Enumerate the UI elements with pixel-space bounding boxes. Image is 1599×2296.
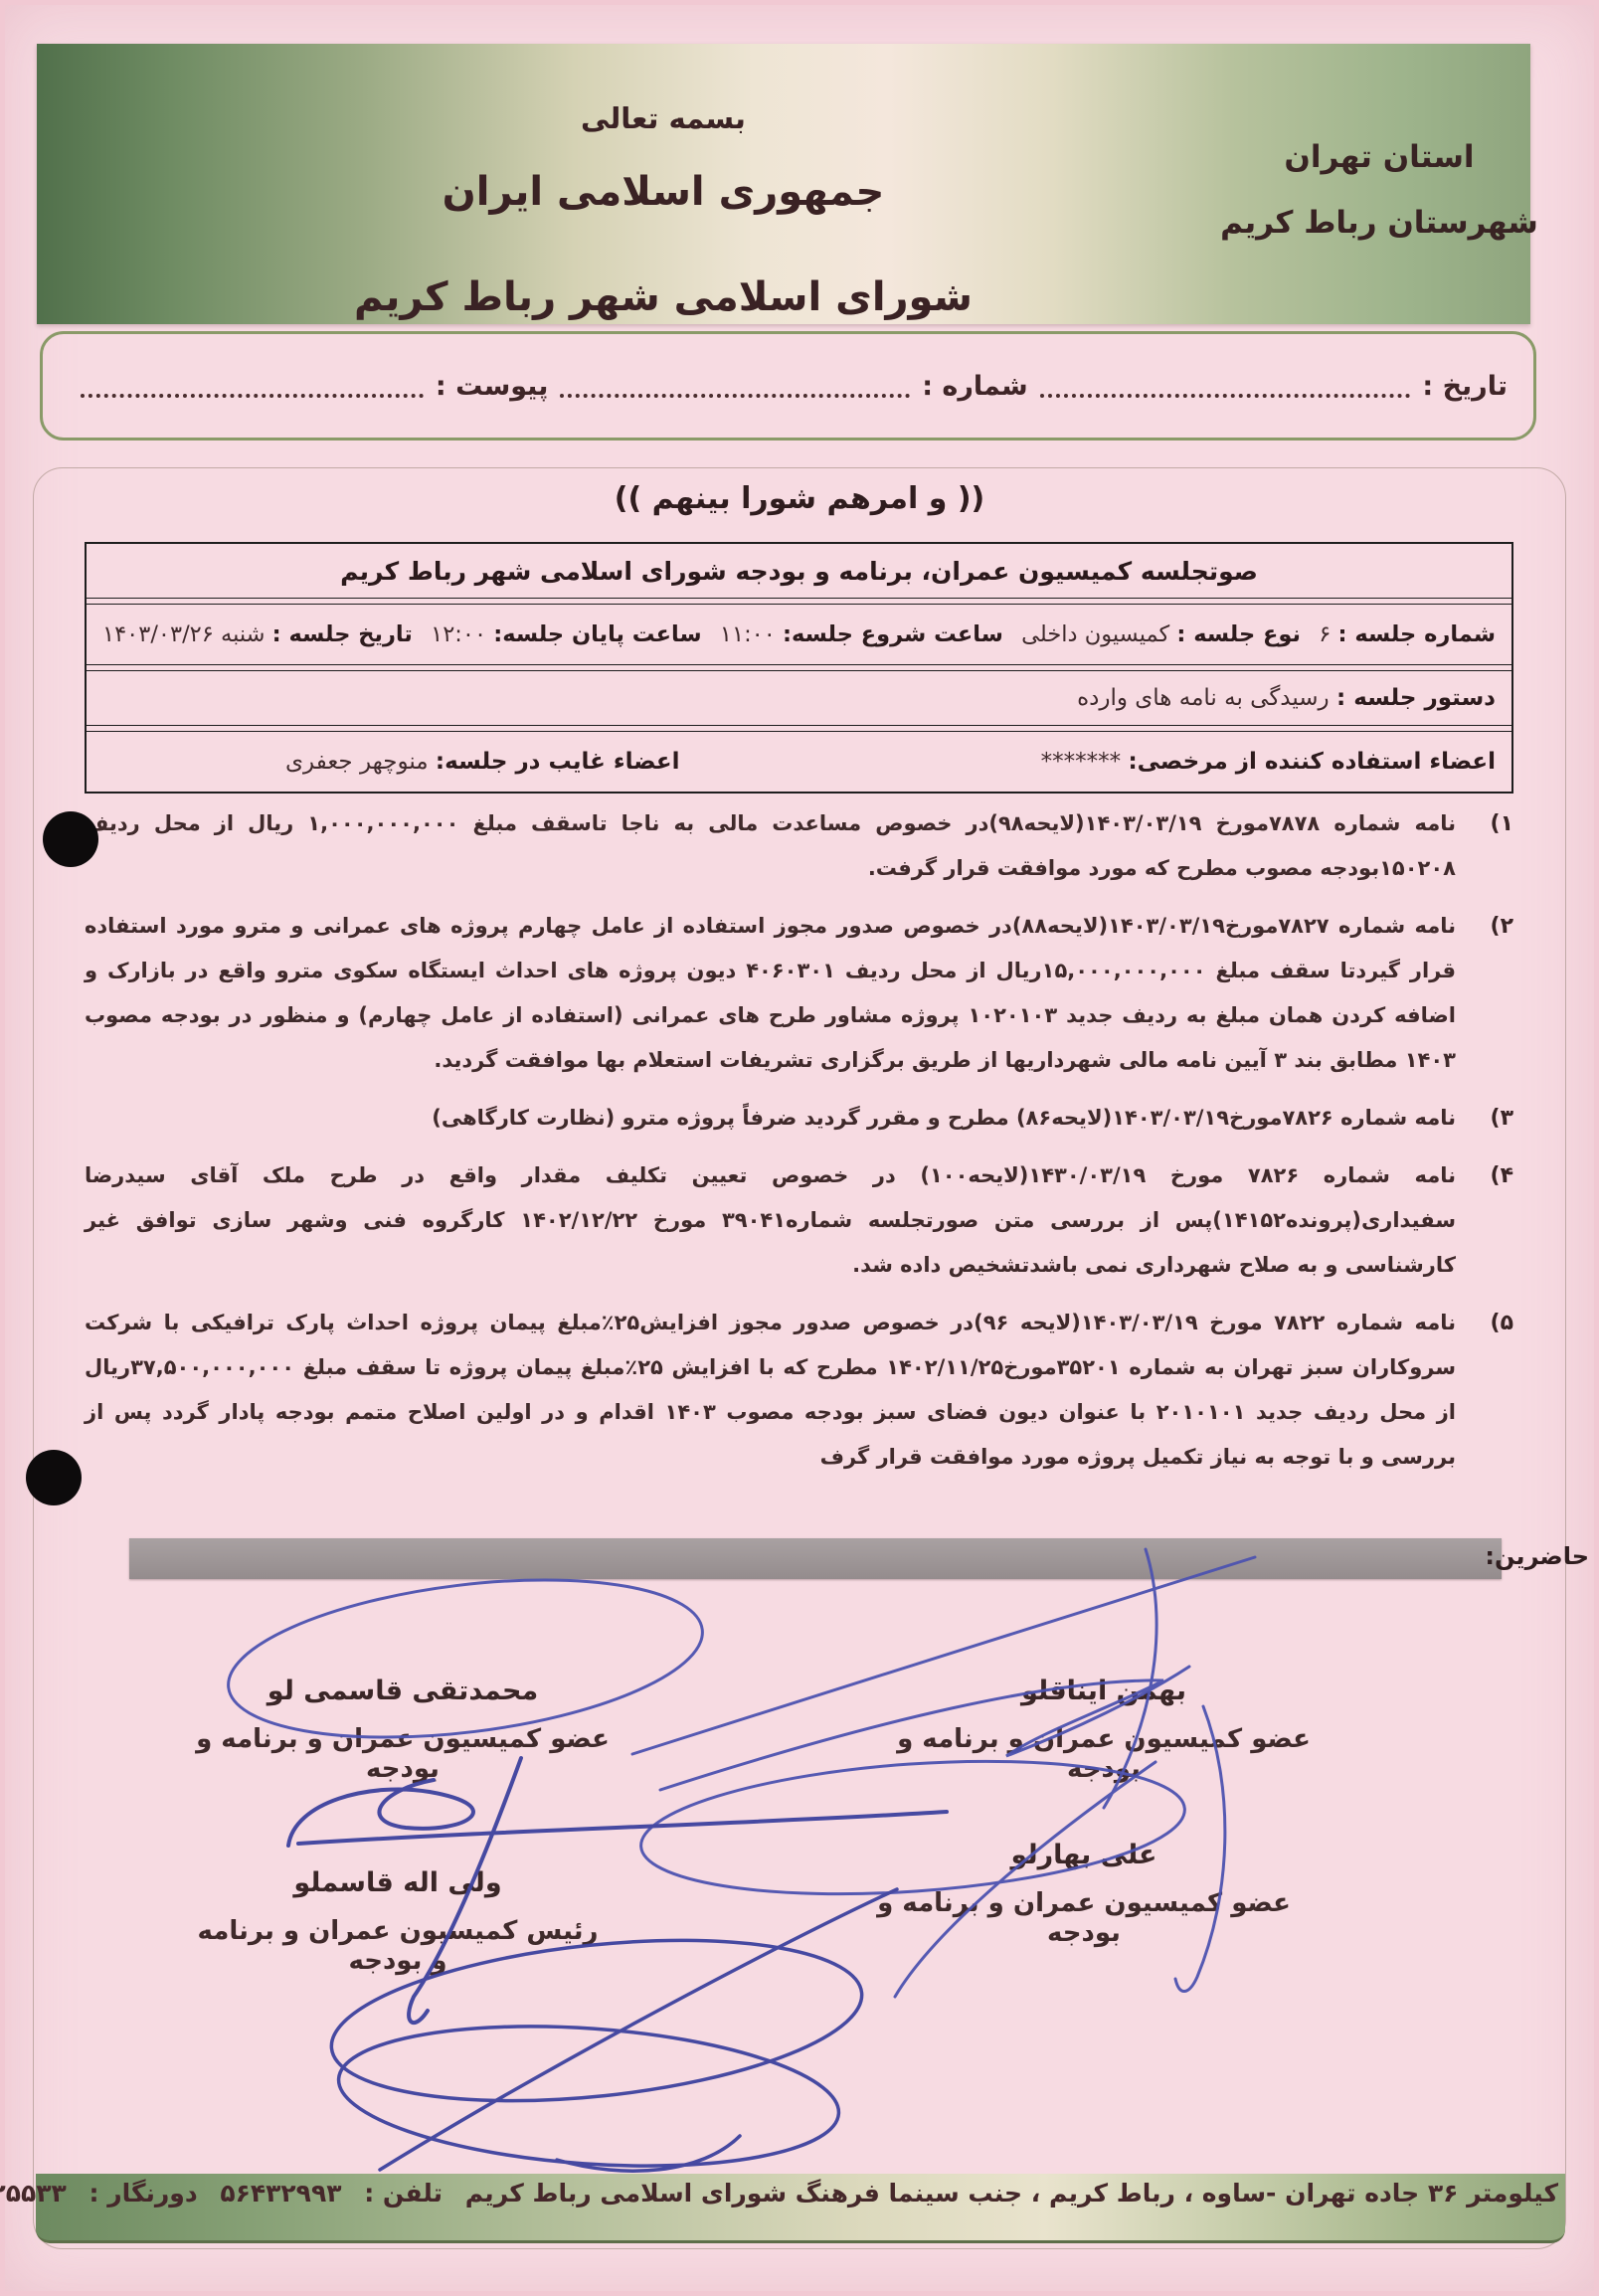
attachment-field: پیوست :: [69, 371, 548, 402]
signatory-name: محمدتقی قاسمی لو: [194, 1676, 612, 1706]
bismillah-text: بسمه تعالی: [206, 101, 1121, 135]
date-dotted-line: [1040, 394, 1411, 398]
footer-fax-label: دورنگار :: [89, 2179, 198, 2208]
resolution-item: ۲) نامه شماره ۷۸۲۷مورخ۱۴۰۳/۰۳/۱۹(لایحه۸۸…: [85, 904, 1513, 1083]
item-number: ۲): [1474, 904, 1513, 1083]
item-text: نامه شماره ۷۸۷۸مورخ ۱۴۰۳/۰۳/۱۹(لایحه۹۸)د…: [85, 801, 1456, 891]
punch-hole: [43, 811, 98, 867]
punch-hole: [26, 1450, 82, 1505]
members-row: اعضاء استفاده کننده از مرخصی: ******* اع…: [87, 732, 1511, 792]
signatory-block: محمدتقی قاسمی لو عضو کمیسیون عمران و برن…: [194, 1676, 612, 1784]
footer-address-bar: کیلومتر ۳۶ جاده تهران -ساوه ، رباط کریم …: [36, 2174, 1565, 2243]
resolution-item: ۱) نامه شماره ۷۸۷۸مورخ ۱۴۰۳/۰۳/۱۹(لایحه۹…: [85, 801, 1513, 891]
signatory-name: ولی اله قاسملو: [189, 1867, 607, 1898]
resolution-item: ۴) نامه شماره ۷۸۲۶ مورخ ۱۴۳۰/۰۳/۱۹(لایحه…: [85, 1153, 1513, 1288]
number-label: شماره :: [922, 371, 1027, 402]
meeting-details-row: شماره جلسه : ۶ نوع جلسه : کمیسیون داخلی …: [87, 605, 1511, 664]
scanned-minutes-page: بسمه تعالی جمهوری اسلامی ایران شورای اسل…: [0, 0, 1599, 2296]
footer-phone-label: تلفن :: [364, 2179, 443, 2208]
resolution-item: ۵) نامه شماره ۷۸۲۲ مورخ ۱۴۰۳/۰۳/۱۹(لایحه…: [85, 1301, 1513, 1480]
date-field: تاریخ :: [1028, 371, 1508, 402]
item-text: نامه شماره ۷۸۲۷مورخ۱۴۰۳/۰۳/۱۹(لایحه۸۸)در…: [85, 904, 1456, 1083]
signatory-title: عضو کمیسیون عمران و برنامه و بودجه: [875, 1888, 1293, 1948]
table-divider: [87, 725, 1511, 732]
item-number: ۳): [1474, 1096, 1513, 1141]
country-title: جمهوری اسلامی ایران: [206, 169, 1121, 215]
signatory-title: عضو کمیسیون عمران و برنامه و بودجه: [895, 1724, 1313, 1784]
absent-field: اعضاء غایب در جلسه: منوچهر جعفری: [285, 749, 680, 775]
item-text: نامه شماره ۷۸۲۲ مورخ ۱۴۰۳/۰۳/۱۹(لایحه ۹۶…: [85, 1301, 1456, 1480]
number-dotted-line: [560, 394, 910, 398]
item-number: ۵): [1474, 1301, 1513, 1480]
table-divider: [87, 598, 1511, 605]
signatory-name: بهمن ایناقلو: [895, 1676, 1313, 1706]
resolution-item: ۳) نامه شماره ۷۸۲۶مورخ۱۴۰۳/۰۳/۱۹(لایحه۸۶…: [85, 1096, 1513, 1141]
signatory-block: بهمن ایناقلو عضو کمیسیون عمران و برنامه …: [895, 1676, 1313, 1784]
number-field: شماره :: [548, 371, 1027, 402]
item-text: نامه شماره ۷۸۲۶ مورخ ۱۴۳۰/۰۳/۱۹(لایحه۱۰۰…: [85, 1153, 1456, 1288]
council-title: شورای اسلامی شهر رباط کریم: [206, 274, 1121, 320]
session-date-field: تاریخ جلسه : شنبه ۱۴۰۳/۰۳/۲۶: [102, 621, 413, 647]
reference-strip: تاریخ : شماره : پیوست :: [40, 331, 1536, 441]
county-name: شهرستان رباط کریم: [1180, 205, 1578, 241]
resolutions-list: ۱) نامه شماره ۷۸۷۸مورخ ۱۴۰۳/۰۳/۱۹(لایحه۹…: [85, 801, 1513, 1493]
session-type-field: نوع جلسه : کمیسیون داخلی: [1021, 621, 1301, 647]
signatory-name: علی بهارلو: [875, 1840, 1293, 1870]
end-time-field: ساعت پایان جلسه: ۱۲:۰۰: [431, 621, 701, 647]
footer-phone-number: ۵۶۴۳۲۹۹۳: [220, 2179, 341, 2208]
item-text: نامه شماره ۷۸۲۶مورخ۱۴۰۳/۰۳/۱۹(لایحه۸۶) م…: [85, 1096, 1456, 1141]
attendees-label: حاضرین:: [1485, 1542, 1589, 1570]
item-number: ۴): [1474, 1153, 1513, 1288]
attendees-highlight-bar: [129, 1538, 1502, 1579]
quranic-motto: (( و امرهم شورا بینهم )): [33, 481, 1566, 516]
agenda-row: دستور جلسه : رسیدگی به نامه های وارده: [87, 671, 1511, 725]
table-divider: [87, 664, 1511, 671]
province-block: استان تهران شهرستان رباط کریم: [1180, 139, 1578, 241]
attachment-label: پیوست :: [436, 371, 548, 402]
date-label: تاریخ :: [1422, 371, 1508, 402]
start-time-field: ساعت شروع جلسه: ۱۱:۰۰: [720, 621, 1003, 647]
province-name: استان تهران: [1180, 139, 1578, 175]
attachment-dotted-line: [81, 394, 424, 398]
footer-fax-number: ۵۶۴۲۵۵۳۳: [0, 2179, 67, 2208]
signatory-title: عضو کمیسیون عمران و برنامه و بودجه: [194, 1724, 612, 1784]
meeting-title-row: صوتجلسه کمیسیون عمران، برنامه و بودجه شو…: [87, 544, 1511, 598]
meeting-info-table: صوتجلسه کمیسیون عمران، برنامه و بودجه شو…: [85, 542, 1513, 794]
agenda-field: دستور جلسه : رسیدگی به نامه های وارده: [1077, 685, 1496, 711]
signatory-block: ولی اله قاسملو رئیس کمیسیون عمران و برنا…: [189, 1867, 607, 1976]
letterhead-header: بسمه تعالی جمهوری اسلامی ایران شورای اسل…: [37, 44, 1530, 324]
session-number-field: شماره جلسه : ۶: [1319, 621, 1496, 647]
signatory-block: علی بهارلو عضو کمیسیون عمران و برنامه و …: [875, 1840, 1293, 1948]
on-leave-field: اعضاء استفاده کننده از مرخصی: *******: [1041, 749, 1496, 775]
item-number: ۱): [1474, 801, 1513, 891]
footer-address: کیلومتر ۳۶ جاده تهران -ساوه ، رباط کریم …: [465, 2179, 1558, 2208]
signatory-title: رئیس کمیسیون عمران و برنامه و بودجه: [189, 1916, 607, 1976]
